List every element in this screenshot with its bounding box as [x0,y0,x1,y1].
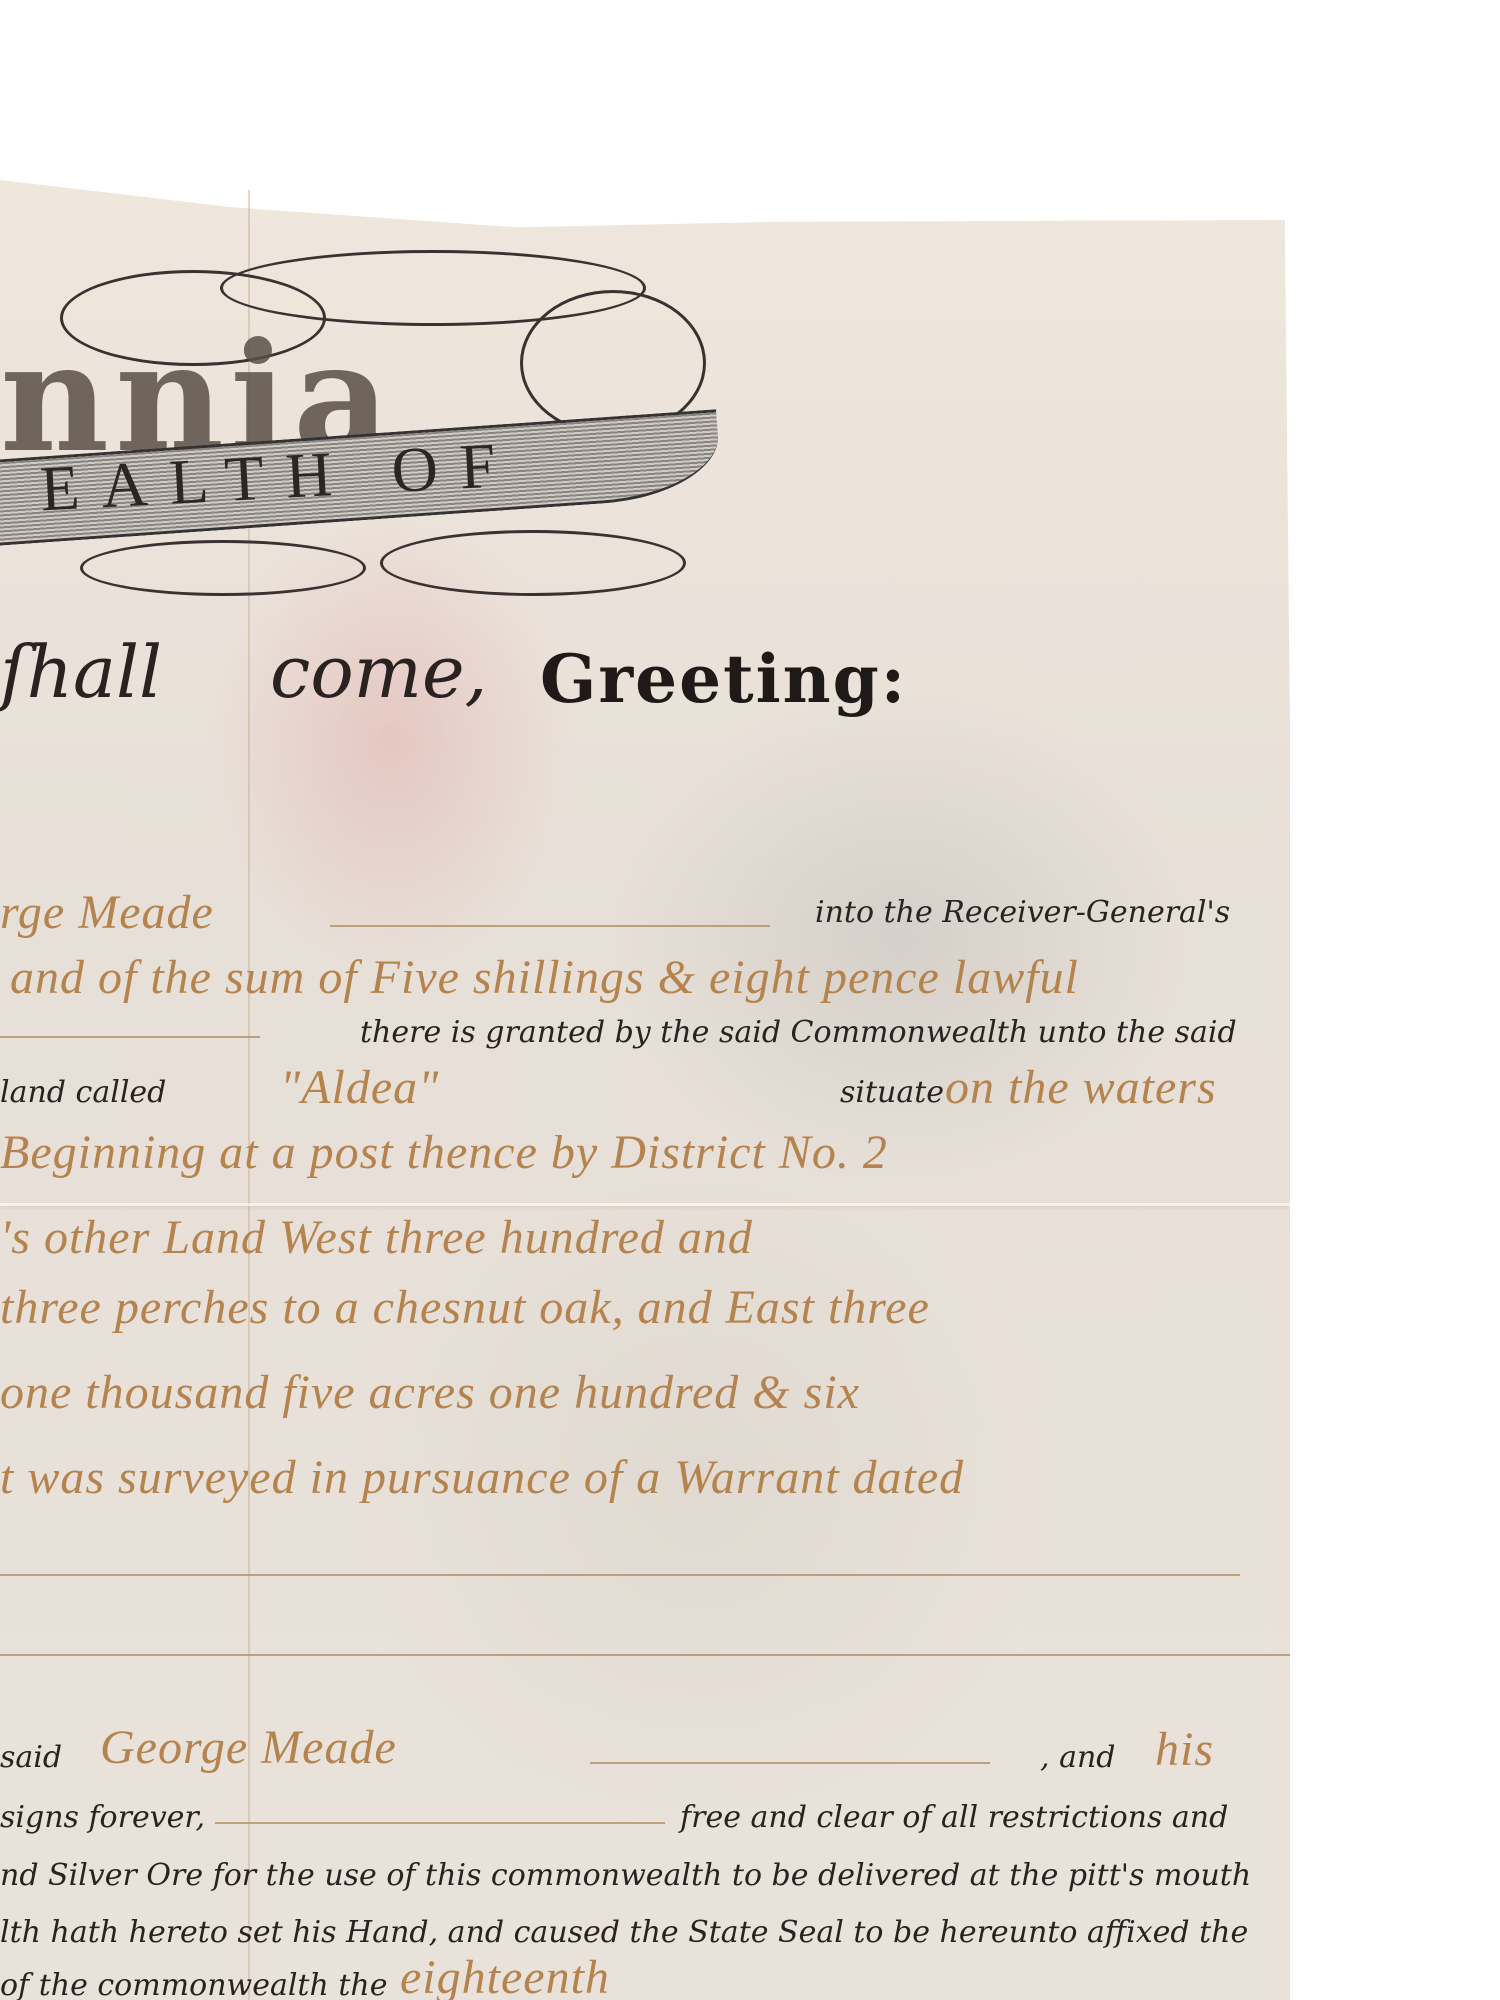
header-banner: nnia EALTH OF [0,250,760,580]
printed-assigns: signs forever, [0,1800,205,1835]
handwritten-date-day: eighteenth [400,1950,610,2000]
printed-silver-ore: nd Silver Ore for the use of this common… [0,1858,1251,1893]
printed-granted: there is granted by the said Commonwealt… [360,1015,1237,1050]
greeting-come: come, [270,630,487,714]
ruled-line [0,1574,1240,1576]
greeting-shall: ſhall [0,630,162,714]
printed-receiver-general: into the Receiver-General's [815,895,1230,930]
printed-commonwealth: of the commonwealth the [0,1968,387,2000]
flourish-ornament [380,530,686,596]
handwritten-description: Beginning at a post thence by District N… [0,1125,888,1180]
fill-line [590,1762,990,1764]
horizontal-fold-crease [0,1203,1290,1206]
flourish-ornament [80,540,366,596]
printed-and: , and [1040,1740,1115,1775]
handwritten-description: one thousand five acres one hundred & si… [0,1365,860,1420]
printed-said: said [0,1740,62,1775]
handwritten-description: t was surveyed in pursuance of a Warrant… [0,1450,964,1505]
fill-line [215,1822,665,1824]
handwritten-his: his [1155,1722,1214,1777]
handwritten-sum: and of the sum of Five shillings & eight… [10,950,1079,1005]
ruled-line [0,1654,1290,1656]
printed-state-seal: lth hath hereto set his Hand, and caused… [0,1915,1248,1950]
handwritten-description: three perches to a chesnut oak, and East… [0,1280,930,1335]
fill-line [0,1036,260,1038]
handwritten-tract-name: "Aldea" [280,1060,439,1115]
handwritten-grantee-name: George Meade [100,1720,397,1775]
handwritten-name-fragment: rge Meade [0,885,214,940]
handwritten-waters: on the waters [945,1060,1217,1115]
printed-situate: situate [840,1075,944,1110]
printed-free-clear: free and clear of all restrictions and [680,1800,1228,1835]
handwritten-description: 's other Land West three hundred and [0,1210,753,1265]
greeting-word: Greeting: [540,640,907,718]
fill-line [330,925,770,927]
printed-land-called: land called [0,1075,166,1110]
